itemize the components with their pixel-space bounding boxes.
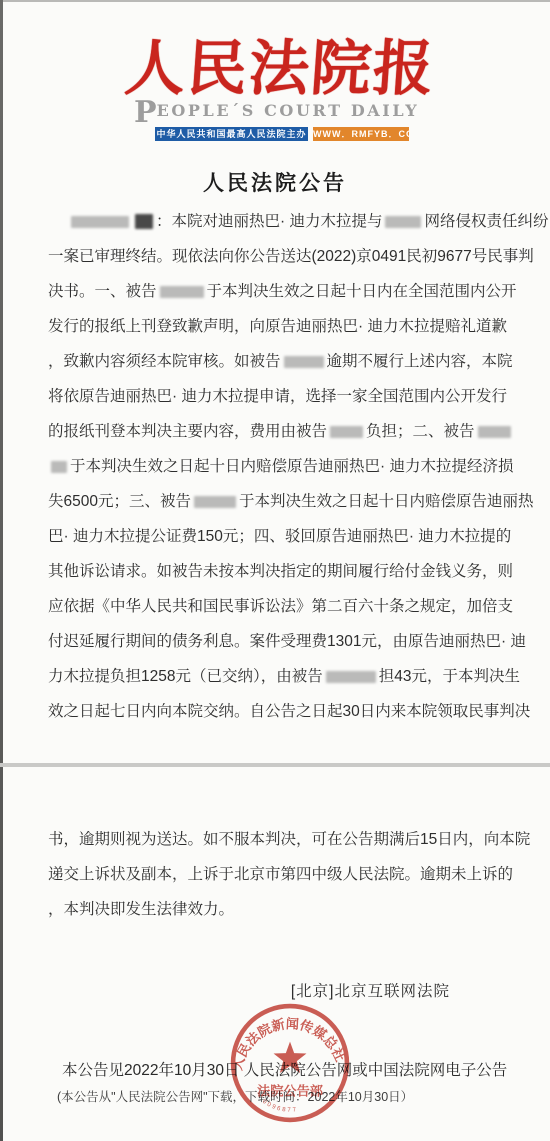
redacted-name: [160, 286, 204, 298]
text-segment: ，本判决即发生法律效力。: [48, 901, 234, 918]
text-segment: 的报纸刊登本判决主要内容，费用由被告: [48, 423, 327, 440]
text-segment: 递交上诉状及副本，上诉于北京市第四中级人民法院。逾期未上诉的: [48, 866, 513, 883]
text-segment: 效之日起七日内向本院交纳。自公告之日起30日内来本院领取民事判决: [48, 703, 530, 720]
text-segment: 失6500元；三、被告: [48, 493, 191, 510]
text-line: 一案已审理终结。现依法向你公告送达(2022)京0491民初9677号民事判: [48, 239, 518, 274]
text-segment: 付迟延履行期间的债务利息。案件受理费1301元，由原告迪丽热巴· 迪: [48, 633, 526, 650]
court-announcement-page: 人民法院报 PEOPLE´S COURT DAILY 中华人民共和国最高人民法院…: [0, 0, 550, 1141]
redacted-name: [326, 671, 376, 683]
text-line: 失6500元；三、被告于本判决生效之日起十日内赔偿原告迪丽热: [48, 484, 518, 519]
redacted-name: [135, 214, 153, 229]
text-line: 决书。一、被告于本判决生效之日起十日内在全国范围内公开: [48, 274, 518, 309]
official-seal: 人民法院新闻传媒总社 法院公告部 0096877: [228, 1001, 352, 1125]
text-segment: 力木拉提负担1258元（已交纳），由被告: [48, 668, 323, 685]
text-line: 将依原告迪丽热巴· 迪力木拉提申请，选择一家全国范围内公开发行: [48, 379, 518, 414]
text-line: 效之日起七日内向本院交纳。自公告之日起30日内来本院领取民事判决: [48, 694, 518, 729]
organizer-banner: 中华人民共和国最高人民法院主办: [155, 127, 308, 141]
page-divider: [0, 763, 550, 767]
redacted-name: [194, 496, 236, 508]
text-line: 递交上诉状及副本，上诉于北京市第四中级人民法院。逾期未上诉的: [48, 857, 518, 892]
text-line: 发行的报纸上刊登致歉声明，向原告迪丽热巴· 迪力木拉提赔礼道歉: [48, 309, 518, 344]
text-segment: 负担；二、被告: [366, 423, 475, 440]
text-line: 书，逾期则视为送达。如不服本判决，可在公告期满后15日内，向本院: [48, 822, 518, 857]
text-line: 力木拉提负担1258元（已交纳），由被告担43元，于本判决生: [48, 659, 518, 694]
redacted-name: [71, 216, 129, 228]
text-segment: 发行的报纸上刊登致歉声明，向原告迪丽热巴· 迪力木拉提赔礼道歉: [48, 318, 507, 335]
seal-serial-number: 0096877: [261, 1098, 298, 1114]
text-segment: ，致歉内容须经本院审核。如被告: [48, 353, 281, 370]
text-line: 其他诉讼请求。如被告未按本判决指定的期间履行给付金钱义务，则: [48, 554, 518, 589]
text-line: ，致歉内容须经本院审核。如被告逾期不履行上述内容，本院: [48, 344, 518, 379]
text-line: 巴· 迪力木拉提公证费150元；四、驳回原告迪丽热巴· 迪力木拉提的: [48, 519, 518, 554]
redacted-name: [284, 356, 324, 368]
newspaper-subtitle: PEOPLE´S COURT DAILY: [134, 100, 424, 126]
text-line: ，本判决即发生法律效力。: [48, 892, 518, 927]
text-line: 于本判决生效之日起十日内赔偿原告迪丽热巴· 迪力木拉提经济损: [48, 449, 518, 484]
redacted-name: [51, 461, 67, 473]
svg-text:0096877: 0096877: [261, 1098, 298, 1114]
text-segment: 决书。一、被告: [48, 283, 157, 300]
text-segment: 逾期不履行上述内容，本院: [327, 353, 513, 370]
text-segment: 于本判决生效之日起十日内在全国范围内公开: [207, 283, 517, 300]
court-signature: [北京]北京互联网法院: [291, 979, 450, 1001]
subtitle-initial: P: [134, 95, 157, 130]
text-segment: 应依据《中华人民共和国民事诉讼法》第二百六十条之规定，加倍支: [48, 598, 513, 615]
seal-star-icon: [274, 1042, 307, 1073]
announcement-body-part2: 书，逾期则视为送达。如不服本判决，可在公告期满后15日内，向本院递交上诉状及副本…: [48, 822, 518, 927]
text-line: ：本院对迪丽热巴· 迪力木拉提与网络侵权责任纠纷: [48, 204, 518, 239]
announcement-body-part1: ：本院对迪丽热巴· 迪力木拉提与网络侵权责任纠纷一案已审理终结。现依法向你公告送…: [48, 204, 518, 729]
subtitle-rest: EOPLE´S COURT DAILY: [157, 101, 420, 120]
text-segment: 其他诉讼请求。如被告未按本判决指定的期间履行给付金钱义务，则: [48, 563, 513, 580]
website-banner: WWW．RMFYB．COM: [313, 127, 409, 141]
announcement-title: 人民法院公告: [0, 167, 550, 197]
redacted-name: [385, 216, 421, 228]
text-segment: 书，逾期则视为送达。如不服本判决，可在公告期满后15日内，向本院: [48, 831, 530, 848]
text-line: 付迟延履行期间的债务利息。案件受理费1301元，由原告迪丽热巴· 迪: [48, 624, 518, 659]
text-segment: 将依原告迪丽热巴· 迪力木拉提申请，选择一家全国范围内公开发行: [48, 388, 507, 405]
redacted-name: [330, 426, 363, 438]
text-segment: 于本判决生效之日起十日内赔偿原告迪丽热: [239, 493, 534, 510]
text-segment: 网络侵权责任纠纷: [424, 213, 548, 230]
text-segment: ：本院对迪丽热巴· 迪力木拉提与: [156, 213, 382, 230]
seal-department-text: 法院公告部: [257, 1083, 324, 1099]
text-line: 的报纸刊登本判决主要内容，费用由被告负担；二、被告: [48, 414, 518, 449]
text-segment: 于本判决生效之日起十日内赔偿原告迪丽热巴· 迪力木拉提经济损: [70, 458, 513, 475]
text-line: 应依据《中华人民共和国民事诉讼法》第二百六十条之规定，加倍支: [48, 589, 518, 624]
page-top-edge: [0, 0, 550, 2]
redacted-name: [478, 426, 511, 438]
text-segment: 巴· 迪力木拉提公证费150元；四、驳回原告迪丽热巴· 迪力木拉提的: [48, 528, 511, 545]
text-segment: 一案已审理终结。现依法向你公告送达(2022)京0491民初9677号民事判: [48, 248, 534, 265]
text-segment: 担43元，于本判决生: [379, 668, 520, 685]
